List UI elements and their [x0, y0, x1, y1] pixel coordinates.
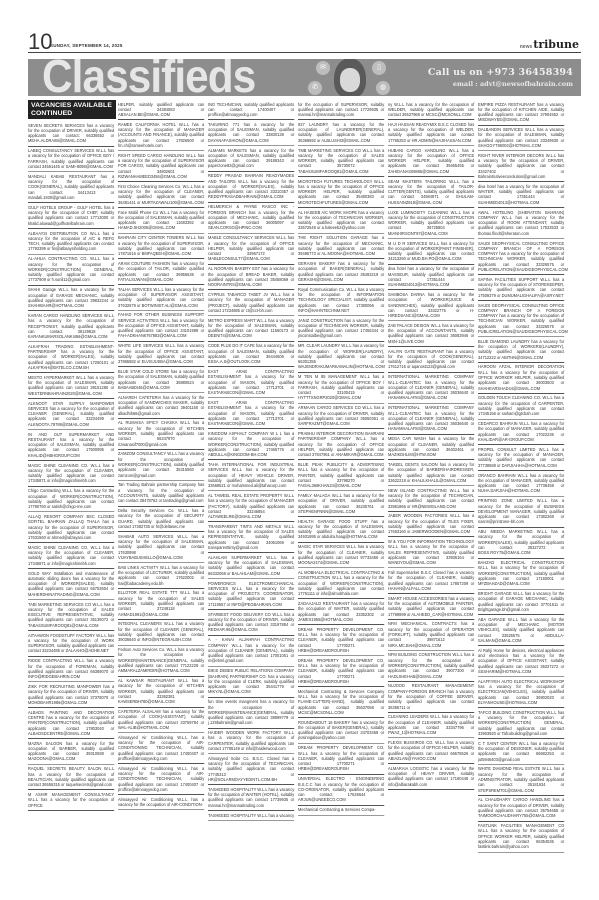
classified-ad: CAFETERIA ALSALAM has a vacancy for the … — [118, 708, 204, 734]
classified-ad: TASHEEED HOSPITALITY W.L.L has a vacancy… — [208, 785, 294, 811]
classified-ad: BAHRAIN CITY CENTER TOWERS W.L.L has a v… — [118, 234, 204, 260]
classified-ad: RAMEE CALIFORNIA HOTEL W.L.L has a vacan… — [118, 120, 204, 151]
classified-ad: AL RUMAISA SPICY CHASKA W.L.L has a vaca… — [118, 419, 204, 450]
masthead: 10 SUNDAY, SEPTEMBER 14, 2025 newstribun… — [28, 35, 581, 53]
classified-ad: C T SAINT CENTER W.L.L has a vacancy for… — [478, 739, 564, 765]
classified-ad: Fedson Auto Services Co. W.L.L has a vac… — [118, 646, 204, 677]
classified-ad: TABI MARKETING SERVICES CO W.L.L has a v… — [28, 600, 114, 631]
classified-ad: W & YOU FOR INFORMATION TECHNOLOGY W.L.L… — [388, 537, 474, 568]
classified-ad: SAFINA FACILITIES SUPPORT W.L.L has a va… — [478, 275, 564, 301]
classified-ad: DALBANDIN SERVICES W.L.L has a vacancy f… — [478, 126, 564, 152]
classified-ad: CYPRUS TABARCO TABET JV W.L.L has a vaca… — [208, 290, 294, 316]
classified-ad: ABA GARAGE W.L.L has a vacancy for the o… — [478, 615, 564, 646]
classified-ad: FLEXIS BUSSIROS CO. W.L.L has a vacancy … — [388, 738, 474, 764]
classified-ad: MAGIC STAR SERVICES W.L.L has a vacancy … — [298, 543, 384, 569]
classified-ad: MAGIC SHINE CLEANING CO. W.L.L has a vac… — [28, 461, 114, 487]
classified-ad: ALKNOOT STAR SUPPLY MANPOWER SERVICES ha… — [28, 399, 114, 430]
classified-ad: BLUE PEAK PUBLICITY & ADVERTISING W.L.L … — [298, 460, 384, 491]
classified-ad: Chigo Contracting W.L.L has a vacancy fo… — [28, 487, 114, 513]
classified-ad: IN AND OUT SUPERMARKET AND RESTAURANT ha… — [28, 430, 114, 461]
column-5: ny W.L.L has a vacancy for the occupatio… — [388, 100, 476, 790]
classified-ad: TAHA INTERNATIONAL FOR INDUSTRIAL SERVIC… — [208, 460, 294, 491]
classified-ad: ALAHLAM SUPERMARKET W.L.L has a vacancy … — [208, 553, 294, 579]
classified-columns: VACANCIES AVAILABLE CONTINUED SEVEN SECR… — [28, 100, 581, 800]
classified-ad: HELMERICH & PAYNE RASCO INC - FOREIGN BR… — [208, 203, 294, 234]
classified-ad: SMART HOUSE ACCESSORIES has a vacancy fo… — [388, 594, 474, 620]
classified-ad: AITAAWON FOODSTUFF FACTORY W.L.L has a v… — [28, 631, 114, 657]
classified-ad: ZAMZOM CONSULTANCY W.L.L has a vacancy f… — [118, 450, 204, 481]
classified-ad: ALLAQ RESORT COMPANY BSC CLOSED SOFITEL … — [28, 512, 114, 543]
classified-ad: FAHAD FOR OTHER BUSINESS SUPPORT SERVICE… — [118, 311, 204, 342]
classified-ad: NUJOOD RESTAURANT MANAGEMENT COMPANY-FOR… — [388, 682, 474, 713]
classified-ad: INTEGRAL CLEANERS W.L.L has a vacancy fo… — [118, 620, 204, 646]
classified-ad: LABEQ CONSULTANCY SERVICES W.L.L has a v… — [28, 147, 114, 173]
classified-ad: ALKAFRAH TRADING ESTABLISHMENT-PARTNERSH… — [28, 342, 114, 373]
classified-ad: M TEN M 85 MANAGEMENT W.L.L has a vacanc… — [298, 373, 384, 404]
classified-ad: PROPEL CONSULT LIMITED W.L.L has a vacan… — [478, 445, 564, 471]
classified-ad: BRIGHT GARAGE W.L.L has a vacancy for th… — [478, 590, 564, 616]
classifieds-banner: Classifieds ✉ ✆ ▯ ◍ Call us on +973 3645… — [28, 59, 581, 96]
classified-ad: First Choice Cleaning Services Co. W.L.L… — [118, 182, 204, 208]
classified-ad: Face Mobil Phone Co W.L.L has a vacancy … — [118, 208, 204, 234]
classified-ad: Almoayyed Solar Co. B.S.C. Closed has a … — [208, 754, 294, 785]
classified-ad: ING TECHNICIAN, suitably qualified appli… — [208, 100, 294, 120]
classified-ad: GOLDEN TOUCH CLEANING CO. W.L.L has a va… — [478, 394, 564, 420]
classified-ad: EAST ARAB CONTRACTING ESTABLISHMENT has … — [208, 398, 294, 429]
classified-ad: TAKURINO 771 has a vacancy for the occup… — [208, 120, 294, 146]
classified-ad: 927 LAUNDRY has a vacancy for the occupa… — [298, 120, 384, 146]
mobile-icon: ▯ — [372, 61, 386, 75]
classified-ad: TRANSPARENT TINTS AND METALS W.L.L has a… — [208, 522, 294, 553]
page-number: 10 — [28, 31, 52, 53]
classified-ad: KARAN CARGO HANDLING SERVICES W.L.L has … — [28, 311, 114, 342]
classified-ad: THE RIGHT SOLUTION GARAGE has a vacancy … — [298, 234, 384, 260]
classified-ad: MESTO HYPERMARKET W.L.L has a vacancy fo… — [28, 373, 114, 399]
classified-ad: TAFCO BUILDING CONSTRUCTION W.L.L has a … — [478, 708, 564, 739]
classified-ad: TMB MARKETING SERVICES CO W.L.L has a va… — [298, 146, 384, 177]
classified-ad: FAMILY MALAGA W.L.L has a vacancy for th… — [298, 491, 384, 517]
column-3: ING TECHNICIAN, suitably qualified appli… — [208, 100, 296, 821]
classified-ad: UNIVERSAL ELECTRO - ENGINEERING B.S.C.C … — [298, 775, 384, 806]
column-1: VACANCIES AVAILABLE CONTINUED SEVEN SECR… — [28, 100, 116, 811]
contact-info: Call us on +973 36458394 email : advt@ne… — [428, 67, 573, 88]
classified-ad: ZADAAJALD RESTAURANT has a vacancy for t… — [298, 599, 384, 625]
classified-ad: AALIYN GATE RESTAURANT has a vacancy for… — [388, 347, 474, 373]
classified-ad: REDDY PRASAD BAHRAIN READYMADES AND TAIL… — [208, 172, 294, 203]
phone-icon: ✆ — [308, 81, 322, 95]
classified-ad: SEVEN SECRETS SERVICES has a vacancy for… — [28, 121, 114, 147]
classified-ad: AL TAWEEL REAL ESTATE PROPERTY W.L.L has… — [208, 491, 294, 522]
classified-ad: ny W.L.L has a vacancy for the occupatio… — [388, 100, 474, 120]
classified-ad: MICROTECH FUTURES TECHNOLOGY W.L.L has a… — [298, 177, 384, 208]
classified-ad: WHITE DIAMOND REAL ESTATE W.L.L has a va… — [478, 765, 564, 796]
classified-ad: AL HASEEB A/C WORK SHOPE has a vacancy f… — [298, 208, 384, 234]
classified-ad: MEGA CAR WASH has a vacancy for the occu… — [388, 435, 474, 461]
classified-ad: AL MOBHALA ELECTRICAL CONTRACTING & CONS… — [298, 568, 384, 599]
classified-ad: ALMAMS MARKETS has a vacancy for the occ… — [208, 146, 294, 172]
classified-ad: NEW ISLAND CONTRACTING W.L.L has a vacan… — [388, 486, 474, 512]
classified-ad: ZIKK FOR RECRUITING MANPOWER has a vacan… — [28, 682, 114, 708]
classified-ad: FASTLINK FACILITIES MANAGEMENT CO W.L.L … — [478, 822, 564, 853]
classified-ad: Mechanical Contracting & Services Compa- — [298, 806, 384, 816]
logo-text: tribune — [533, 38, 579, 51]
heading-line-2: CONTINUED — [31, 110, 113, 118]
classified-ad: EMPIRE PIZZA RESTAURANT has a vacancy fo… — [478, 100, 564, 126]
phone-number: Call us on +973 36458394 — [428, 67, 573, 78]
classified-ad: CODE PLUS DO IT CAFE has a vacancy for t… — [208, 342, 294, 368]
classified-ad: SAMBOSA DARNA has a vacancy for the occu… — [388, 290, 474, 321]
classified-ad: Almoayyed Air Conditioning W.L.L has a v… — [118, 764, 204, 795]
classified-ad: Tan Trading Bahrain partnership Company … — [118, 481, 204, 507]
classified-ad: ELLOTOR REAL ESTATE TTT W.L.L has a vaca… — [118, 589, 204, 620]
operator-illustration: ✉ ✆ ▯ ◍ — [304, 59, 394, 96]
classified-ad: ABU MEEDA MARKETING W.L.L has a vacancy … — [478, 528, 564, 559]
classified-ad: PRINTING ZONE LIMITED W.L.L has a vacanc… — [478, 497, 564, 528]
classified-ad: ALBAAYSI DISTRIBUTION CO W.L.L has a vac… — [28, 229, 114, 255]
classified-ad: MABLE CONSULTANCY SERVICES W.L.L has a v… — [208, 234, 294, 265]
classified-ad: Mechanical Contracting & Services Compan… — [298, 687, 384, 718]
section-heading: VACANCIES AVAILABLE CONTINUED — [28, 100, 116, 119]
classified-ad: HEALTH GARAGE FOOD STUFF has a vacancy f… — [298, 517, 384, 543]
column-6: EMPIRE PIZZA RESTAURANT has a vacancy fo… — [478, 100, 566, 853]
email-address: email : advt@newsofbahrain.com — [428, 80, 573, 88]
classified-ad: SEAM MASTERS TAILORING W.L.L has a vacan… — [388, 177, 474, 208]
classified-ad: METRO EXPRESS MART W.L.L has a vacancy f… — [208, 316, 294, 342]
classified-ad: HUBANI CARGO HANDLING W.L.L has a vacanc… — [388, 146, 474, 177]
classified-ad: MR. CLEAR LAUNDRY W.L.L has a vacancy fo… — [298, 342, 384, 373]
classified-ad: HAJI HASSAN READYMIX B.S.C CLOSED has a … — [388, 120, 474, 146]
classified-ad: AWAL HOTELING (SHERATON BAHRAIN) COMPANY… — [478, 208, 564, 239]
envelope-icon: ✉ — [316, 61, 330, 75]
newspaper-logo: newstribune — [520, 38, 579, 51]
classified-ad: LUXE LUMINOSITY CLEANING W.L.L has a vac… — [388, 208, 474, 239]
classified-ad: MANDALI KABAB RESTAURANT has a vacancy f… — [28, 172, 114, 203]
classified-ad: HELPER, suitably qualified applicants ca… — [118, 100, 204, 120]
classified-ad: BAB LINKS ACTIVITY W.L.L has a vacancy f… — [118, 563, 204, 589]
classified-ad: WHITE LIFE SERVICES W.L.L has a vacancy … — [118, 342, 204, 368]
classified-ad: ZAB PALACE DESIGN W.L.L has a vacancy fo… — [388, 321, 474, 347]
classified-ad: Almoayyed Air Conditioning W.L.L has a v… — [118, 733, 204, 764]
classified-ad: BAHZAD ELECTRICAL CONSTRUCTION W.L.L has… — [478, 559, 564, 590]
classified-ad: NFM BUILDING CONSTRUCTION W.L.L has a va… — [388, 651, 474, 682]
classified-ad: AL NOORAIN BAKERY EST has a vacancy for … — [208, 265, 294, 291]
classified-ad: Al Rahji Home for devices, electrical ap… — [478, 646, 564, 677]
classified-ad: AL-AHLIA CONTRACTING CO. W.L.L has a vac… — [28, 255, 114, 286]
classified-ad: Fall Supermarket B.S.C Closed has a vaca… — [388, 568, 474, 594]
classified-ad: ALBADS PAINTING AND DECORATION CENTRE ha… — [28, 708, 114, 739]
classified-ad: INTERNATIONAL MARKETING COMPANY W.L.L-CL… — [388, 404, 474, 435]
classified-ad: EAST ARAB CONTRACTING ESTABLISHMENT has … — [208, 367, 294, 398]
classified-ad: RIGHT RIVER INTERIOR DECORS W.L.L has a … — [478, 151, 564, 182]
classified-ad: ROUNDABOUT 16 BAKERY has a vacancy for t… — [298, 718, 384, 744]
classified-ad: KINGDOM ASPHALT COMPANY W L L has a vaca… — [208, 429, 294, 460]
classified-ad: DREAM PROPERTY DEVELOPMENT CO. W.L.L has… — [298, 656, 384, 687]
issue-date: SUNDAY, SEPTEMBER 14, 2025 — [50, 43, 123, 48]
classified-ad: ARAM COUTURE FASHION has a vacancy for t… — [118, 259, 204, 285]
classified-ad: SHAHI Garage W.L.L has a vacancy for the… — [28, 286, 114, 312]
classified-ad: Almoayyed Air Conditioning W.L.L has a v… — [118, 795, 204, 810]
classified-ad: PRABHU INTERIOR DECORATION BAHRAINI PART… — [298, 429, 384, 460]
classified-ad: A - KANAI ALJAHRAH CONTRACTING COMPANY W… — [208, 636, 294, 667]
classified-ad: JANIZ CONSTRUCTION has a vacancy for the… — [298, 316, 384, 342]
classified-ad: Royal Communication Co. W.L.L has a vaca… — [298, 285, 384, 316]
classified-ad: ALNAREH CAFETERIA has a vacancy for the … — [118, 393, 204, 419]
classified-ad: TALHA SERVICES W.L.L has a vacancy for t… — [118, 285, 204, 311]
classified-ad: MAGIC SHINE CLEANING CO. W.L.L has a vac… — [28, 543, 114, 569]
classified-ad: HAROON AFZAL INTERIOR DECORATION W.L.L h… — [478, 363, 564, 394]
classified-ad: ARMAAN CARGO SERVICES CO W.L.L has a vac… — [298, 404, 384, 430]
heading-line-1: VACANCIES AVAILABLE — [31, 102, 113, 110]
classified-ad: CEDARCO BAHRAIN W.L.L has a vacancy for … — [478, 420, 564, 446]
classified-ad: MAZNA SALOON has a vacancy for the occup… — [28, 739, 114, 765]
classified-ad: BLUE DIAMOND LAUNDRY has a vacancy for t… — [478, 337, 564, 363]
classified-ad: RIGHT SPEED CARGO HANDLING W.L.L has a v… — [118, 151, 204, 182]
logo-prefix: news — [520, 44, 533, 50]
classified-ad: STARBEST FOOD DELIVERY CO W.L.L has a va… — [208, 610, 294, 636]
classified-ad: AL CHAUDHARY CARGO HANDLING has a vacanc… — [478, 796, 564, 822]
classified-ad: TAKEEL GENTS SALOON has a vacancy for th… — [388, 460, 474, 486]
classified-ad: CLEANING LEADERS W.L.L has a vacancy for… — [388, 713, 474, 739]
classified-ad: SAUDI GEOPHYSICAL CONSULTING OFFICE COMP… — [478, 239, 564, 275]
woman-avatar — [334, 59, 366, 96]
classified-ad: RAQUEL SECRETS BEAUTY SALON W.L.L has a … — [28, 765, 114, 791]
classified-ad: BIKIS DEBES PUBLIC RELATIONS COMPANY (BA… — [208, 667, 294, 698]
classified-ad: ALMARAIA LOGISTIC has a vacancy for the … — [388, 764, 474, 790]
globe-icon: ◍ — [376, 81, 390, 95]
classified-ad: Delta Security Services Co. W.L.L has a … — [118, 507, 204, 533]
column-2: HELPER, suitably qualified applicants ca… — [118, 100, 206, 810]
classified-ad: GOLD WAY Installation and maintenance of… — [28, 569, 114, 600]
classified-ad: GERASHI BAKERY has a vacancy for the occ… — [298, 259, 384, 285]
classified-ad: M U D R SERVICES W.L.L has a vacancy for… — [388, 239, 474, 265]
classified-ad: diva hotel has a vacancy for the occupat… — [388, 265, 474, 291]
column-4: for the occupation of SUPERVISOR, suitab… — [298, 100, 386, 816]
classified-ad: M ASHIR MANAGEMENT CONSULTANCY W.L.L has… — [28, 790, 114, 810]
classified-ad: TASHEEED HOSPITALITY W.L.L has a vacancy — [208, 811, 294, 821]
classified-ad: NFM MECHANICAL CONTRACTS has a vacancy f… — [388, 620, 474, 651]
classified-ad: SAUDI GEOPHYSICAL CONSULTING OFFICE COMP… — [478, 301, 564, 337]
classified-ad: AL KAWSAR RESTAURANT W.L.L has a vacancy… — [118, 677, 204, 708]
classified-ad: JABER WOODEN FACTORIES W.L.L has a vacan… — [388, 512, 474, 538]
classified-ad: RIDGE CONTRACTING W.L.L has a vacancy fo… — [28, 657, 114, 683]
classified-ad: GULF HOTELS GROUP - GULF HOTEL has a vac… — [28, 203, 114, 229]
classified-ad: POWERONICS ELECTROMECHANICAL SERVICES W.… — [208, 579, 294, 610]
classified-ad: DREAM PROPERTY DEVELOPMENT CO. W.L.L has… — [298, 625, 384, 656]
classified-ad: HAIDER WOODEN WORK FACTORY W.L.L has a v… — [208, 729, 294, 755]
classified-ad: DREAM PROPERTY DEVELOPMENT CO. W.L.L has… — [298, 744, 384, 775]
classified-ad: for the occupation of SUPERVISOR, suitab… — [298, 100, 384, 120]
classified-ad: BLUE STAR COLD STORE has a vacancy for t… — [118, 367, 204, 393]
classified-ad: SHABAB AUTO SERVICES W.L.L has a vacancy… — [118, 532, 204, 563]
section-title: Classifieds — [42, 59, 255, 96]
classified-ad: fun time events mangment has a vacancy f… — [208, 698, 294, 729]
classified-ad: INTERNATIONAL MARKETING COMPANY W.L.L-CL… — [388, 373, 474, 404]
classified-ad: ALAFFIYEH AUTO ELECTRICAL WORKSHOP has a… — [478, 677, 564, 708]
classified-ad: diva hotel has a vacancy for the occupat… — [478, 182, 564, 208]
classified-ad: ORANCO BAHRAIN W.L.L has a vacancy for t… — [478, 471, 564, 497]
